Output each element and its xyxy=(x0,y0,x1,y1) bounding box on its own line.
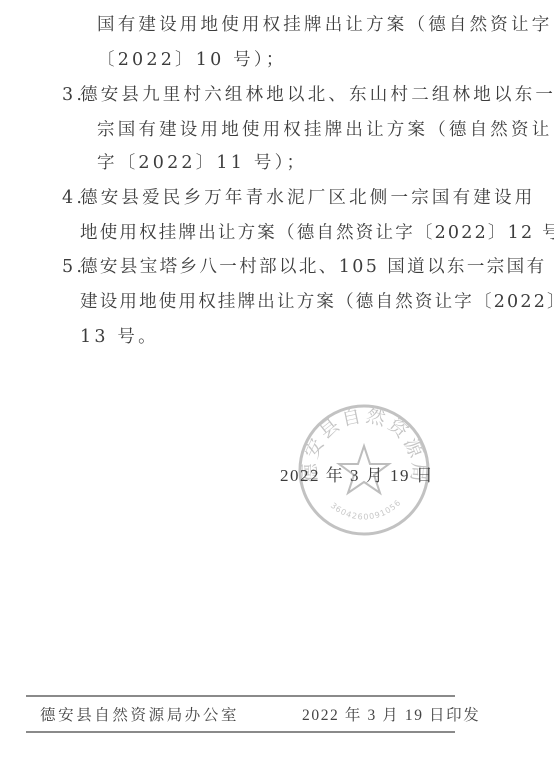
item-5-line-2: 建设用地使用权挂牌出让方案（德自然资让字〔2022〕 xyxy=(80,291,554,313)
svg-text:3604260091056: 3604260091056 xyxy=(329,498,403,522)
item-4-line-1: 德安县爱民乡万年青水泥厂区北侧一宗国有建设用 xyxy=(80,187,535,209)
issuer-name: 德安县自然资源局办公室 xyxy=(40,703,239,725)
item-2-line-2: 〔2022〕10 号）； xyxy=(97,49,287,71)
footer-bottom-rule xyxy=(26,731,455,733)
item-4-line-2: 地使用权挂牌出让方案（德自然资让字〔2022〕12 号； xyxy=(80,222,554,244)
item-3-line-2: 宗国有建设用地使用权挂牌出让方案（德自然资让 xyxy=(97,119,552,141)
footer-top-rule xyxy=(26,695,455,697)
signature-date: 2022 年 3 月 19 日 xyxy=(280,461,434,486)
item-3-line-1: 德安县九里村六组林地以北、东山村二组林地以东一 xyxy=(80,84,554,106)
item-3-line-3: 字〔2022〕11 号）； xyxy=(97,152,307,174)
issue-date: 2022 年 3 月 19 日印发 xyxy=(302,703,480,725)
item-5-line-3: 13 号。 xyxy=(80,326,159,348)
item-5-line-1: 德安县宝塔乡八一村部以北、105 国道以东一宗国有 xyxy=(80,256,546,278)
item-2-line-1: 国有建设用地使用权挂牌出让方案（德自然资让字 xyxy=(97,14,552,36)
